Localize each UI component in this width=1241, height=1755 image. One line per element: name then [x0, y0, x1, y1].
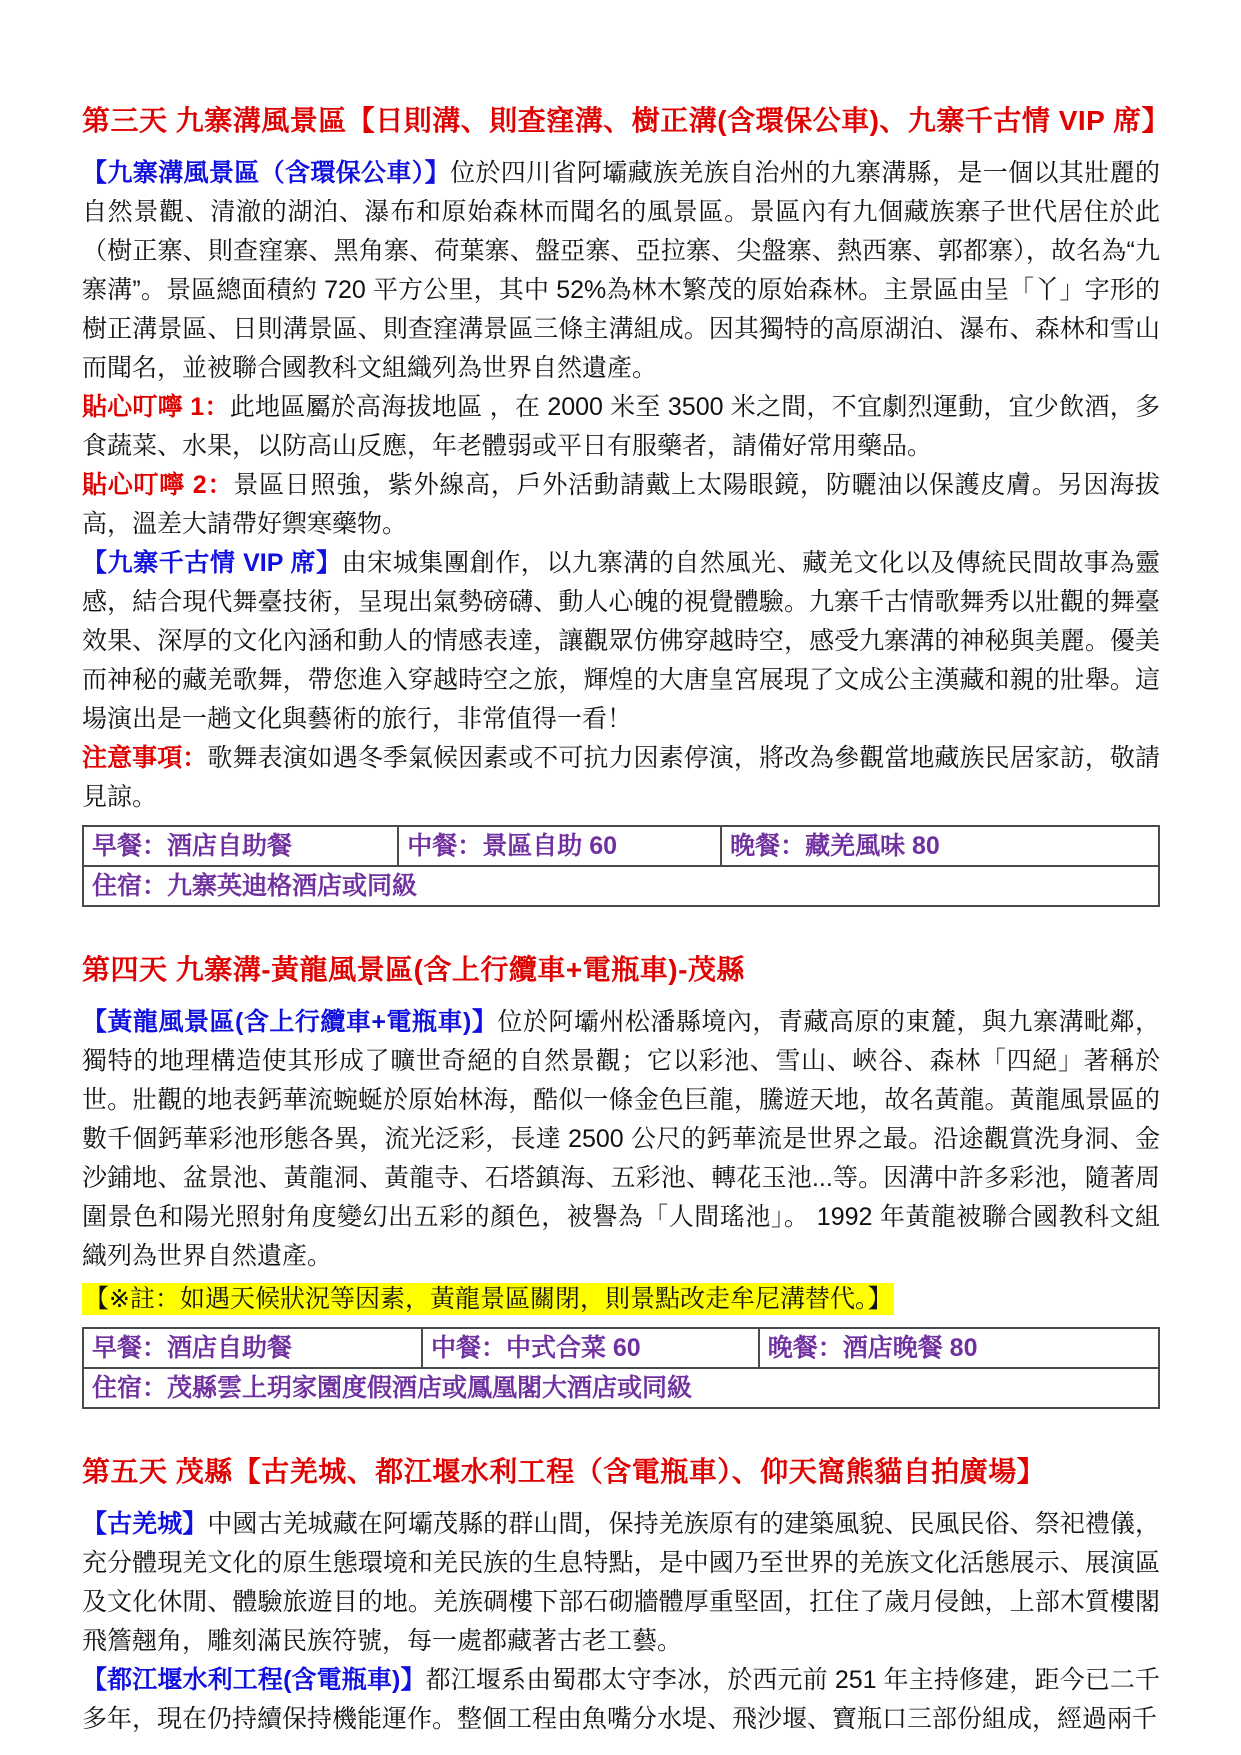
day4-lunch-cell: 中餐：中式合菜 60 — [422, 1328, 759, 1368]
day3-lodging-cell: 住宿：九寨英迪格酒店或同級 — [83, 866, 1159, 906]
day4-intro-paragraph: 【黃龍風景區(含上行纜車+電瓶車)】位於阿壩州松潘縣境內，青藏高原的東麓，與九寨… — [82, 1003, 1160, 1276]
day4-heading: 第四天 九寨溝-黃龍風景區(含上行纜車+電瓶車)-茂縣 — [82, 949, 1160, 991]
day3-vip-show-lead: 【九寨千古情 VIP 席】 — [82, 549, 342, 577]
day3-breakfast-cell: 早餐：酒店自助餐 — [83, 826, 398, 866]
day4-intro-body: 位於阿壩州松潘縣境內，青藏高原的東麓，與九寨溝毗鄰，獨特的地理構造使其形成了曠世… — [82, 1008, 1160, 1270]
day3-heading: 第三天 九寨溝風景區【日則溝、則查窪溝、樹正溝(含環保公車)、九寨千古情 VIP… — [82, 100, 1160, 142]
day3-intro-body: 位於四川省阿壩藏族羌族自治州的九寨溝縣，是一個以其壯麗的自然景觀、清澈的湖泊、瀑… — [82, 159, 1160, 382]
day4-lodging-row: 住宿：茂縣雲上玥家園度假酒店或鳳凰閣大酒店或同級 — [83, 1368, 1159, 1408]
day3-intro-paragraph: 【九寨溝風景區（含環保公車）】位於四川省阿壩藏族羌族自治州的九寨溝縣，是一個以其… — [82, 154, 1160, 388]
day3-tip2-lead: 貼心叮嚀 2： — [82, 471, 233, 499]
day4-meals-table: 早餐：酒店自助餐 中餐：中式合菜 60 晚餐：酒店晚餐 80 住宿：茂縣雲上玥家… — [82, 1327, 1160, 1409]
day5-dujiangyan-lead: 【都江堰水利工程(含電瓶車)】 — [82, 1666, 426, 1694]
day4-intro-lead: 【黃龍風景區(含上行纜車+電瓶車)】 — [82, 1008, 497, 1036]
day5-qiang-city-body: 中國古羌城藏在阿壩茂縣的群山間，保持羌族原有的建築風貌、民風民俗、祭祀禮儀，充分… — [82, 1510, 1160, 1655]
day3-meals-table: 早餐：酒店自助餐 中餐：景區自助 60 晚餐：藏羌風味 80 住宿：九寨英迪格酒… — [82, 825, 1160, 907]
day3-tip1-body: 此地區屬於高海拔地區 ，在 2000 米至 3500 米之間，不宜劇烈運動，宜少… — [82, 393, 1160, 460]
day3-lodging-row: 住宿：九寨英迪格酒店或同級 — [83, 866, 1159, 906]
day3-intro-lead: 【九寨溝風景區（含環保公車）】 — [82, 159, 450, 187]
day3-lunch-cell: 中餐：景區自助 60 — [398, 826, 721, 866]
day3-section: 第三天 九寨溝風景區【日則溝、則查窪溝、樹正溝(含環保公車)、九寨千古情 VIP… — [82, 100, 1160, 907]
day3-notice-body: 歌舞表演如遇冬季氣候因素或不可抗力因素停演，將改為參觀當地藏族民居家訪，敬請見諒… — [82, 744, 1160, 811]
day4-lodging-cell: 住宿：茂縣雲上玥家園度假酒店或鳳凰閣大酒店或同級 — [83, 1368, 1159, 1408]
day3-notice-lead: 注意事項： — [82, 744, 207, 772]
day4-weather-note-line: 【※註：如遇天候狀況等因素，黃龍景區關閉，則景點改走牟尼溝替代。】 — [82, 1279, 1160, 1319]
day3-tip2-paragraph: 貼心叮嚀 2：景區日照強，紫外線高，戶外活動請戴上太陽眼鏡，防曬油以保護皮膚。另… — [82, 466, 1160, 544]
day5-qiang-city-paragraph: 【古羌城】中國古羌城藏在阿壩茂縣的群山間，保持羌族原有的建築風貌、民風民俗、祭祀… — [82, 1505, 1160, 1661]
day3-tip2-body: 景區日照強，紫外線高，戶外活動請戴上太陽眼鏡，防曬油以保護皮膚。另因海拔高，溫差… — [82, 471, 1160, 538]
day5-dujiangyan-paragraph: 【都江堰水利工程(含電瓶車)】都江堰系由蜀郡太守李冰，於西元前 251 年主持修… — [82, 1661, 1160, 1739]
itinerary-document-page: 第三天 九寨溝風景區【日則溝、則查窪溝、樹正溝(含環保公車)、九寨千古情 VIP… — [82, 0, 1160, 1739]
day4-section: 第四天 九寨溝-黃龍風景區(含上行纜車+電瓶車)-茂縣 【黃龍風景區(含上行纜車… — [82, 949, 1160, 1409]
day3-meals-row: 早餐：酒店自助餐 中餐：景區自助 60 晚餐：藏羌風味 80 — [83, 826, 1159, 866]
day3-tip1-paragraph: 貼心叮嚀 1：此地區屬於高海拔地區 ，在 2000 米至 3500 米之間，不宜… — [82, 388, 1160, 466]
day4-weather-note-highlight: 【※註：如遇天候狀況等因素，黃龍景區關閉，則景點改走牟尼溝替代。】 — [82, 1283, 894, 1315]
day3-dinner-cell: 晚餐：藏羌風味 80 — [721, 826, 1159, 866]
day3-vip-show-paragraph: 【九寨千古情 VIP 席】由宋城集團創作，以九寨溝的自然風光、藏羌文化以及傳統民… — [82, 544, 1160, 739]
day3-notice-paragraph: 注意事項：歌舞表演如遇冬季氣候因素或不可抗力因素停演，將改為參觀當地藏族民居家訪… — [82, 739, 1160, 817]
day5-heading: 第五天 茂縣【古羌城、都江堰水利工程（含電瓶車）、仰天窩熊貓自拍廣場】 — [82, 1451, 1160, 1493]
day4-meals-row: 早餐：酒店自助餐 中餐：中式合菜 60 晚餐：酒店晚餐 80 — [83, 1328, 1159, 1368]
day5-qiang-city-lead: 【古羌城】 — [82, 1510, 207, 1538]
day3-tip1-lead: 貼心叮嚀 1： — [82, 393, 230, 421]
day4-dinner-cell: 晚餐：酒店晚餐 80 — [759, 1328, 1159, 1368]
day5-section: 第五天 茂縣【古羌城、都江堰水利工程（含電瓶車）、仰天窩熊貓自拍廣場】 【古羌城… — [82, 1451, 1160, 1739]
day4-breakfast-cell: 早餐：酒店自助餐 — [83, 1328, 422, 1368]
